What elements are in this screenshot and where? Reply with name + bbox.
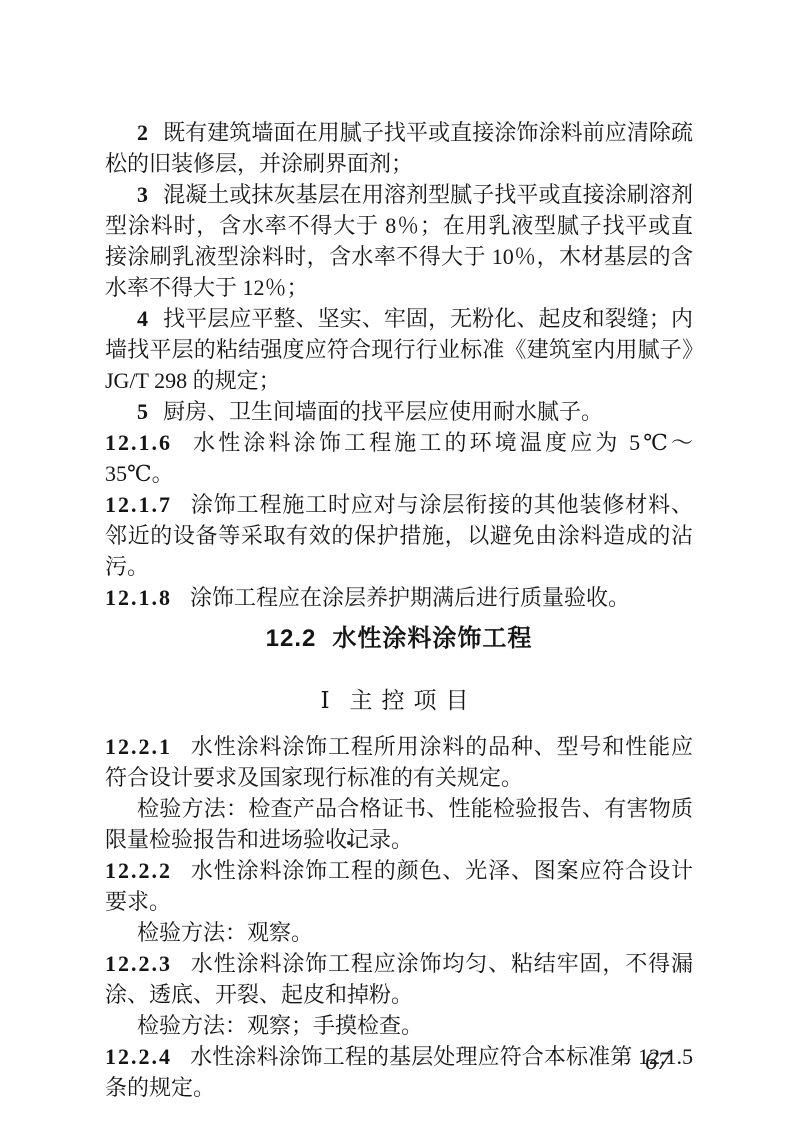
list-item-2-number: 2 bbox=[137, 120, 149, 145]
clause-12-1-8-number: 12.1.8 bbox=[105, 585, 172, 610]
list-item-3: 3混凝土或抹灰基层在用溶剂型腻子找平或直接涂刷溶剂型涂料时，含水率不得大于 8％… bbox=[105, 179, 693, 303]
clause-12-2-3-number: 12.2.3 bbox=[105, 951, 172, 976]
clause-12-1-6-text: 水性涂料涂饰工程施工的环境温度应为 5℃～35℃。 bbox=[105, 430, 693, 486]
clause-12-2-3-method: 检验方法：观察；手摸检查。 bbox=[105, 1010, 693, 1041]
list-item-4-number: 4 bbox=[137, 306, 149, 331]
clause-12-1-7: 12.1.7涂饰工程施工时应对与涂层衔接的其他装修材料、邻近的设备等采取有效的保… bbox=[105, 489, 693, 582]
clause-12-2-4-number: 12.2.4 bbox=[105, 1044, 172, 1069]
subsection-roman-numeral: Ⅰ bbox=[320, 688, 329, 713]
clause-12-2-2: 12.2.2水性涂料涂饰工程的颜色、光泽、图案应符合设计要求。 bbox=[105, 855, 693, 917]
subsection-heading-title: 主控项目 bbox=[350, 688, 478, 713]
list-item-4: 4找平层应平整、坚实、牢固，无粉化、起皮和裂缝；内墙找平层的粘结强度应符合现行行… bbox=[105, 303, 693, 396]
document-page: 2既有建筑墙面在用腻子找平或直接涂饰涂料前应清除疏松的旧装修层，并涂刷界面剂； … bbox=[0, 0, 794, 1123]
list-item-5-text: 厨房、卫生间墙面的找平层应使用耐水腻子。 bbox=[163, 399, 603, 424]
clause-12-1-8-text: 涂饰工程应在涂层养护期满后进行质量验收。 bbox=[190, 585, 630, 610]
clause-12-2-2-text: 水性涂料涂饰工程的颜色、光泽、图案应符合设计要求。 bbox=[105, 858, 693, 914]
clause-12-1-6: 12.1.6水性涂料涂饰工程施工的环境温度应为 5℃～35℃。 bbox=[105, 427, 693, 489]
clause-12-2-1-method: 检验方法：检查产品合格证书、性能检验报告、有害物质限量检验报告和进场验收记录。 bbox=[105, 793, 693, 855]
clause-12-2-2-method: 检验方法：观察。 bbox=[105, 917, 693, 948]
clause-12-2-1-number: 12.2.1 bbox=[105, 734, 172, 759]
ink-dot-artifact bbox=[347, 841, 351, 845]
clause-12-2-1: 12.2.1水性涂料涂饰工程所用涂料的品种、型号和性能应符合设计要求及国家现行标… bbox=[105, 731, 693, 793]
list-item-4-text: 找平层应平整、坚实、牢固，无粉化、起皮和裂缝；内墙找平层的粘结强度应符合现行行业… bbox=[105, 306, 693, 393]
clause-12-2-2-method-text: 检验方法：观察。 bbox=[137, 920, 313, 945]
clause-12-2-4-text: 水性涂料涂饰工程的基层处理应符合本标准第 12.1.5 条的规定。 bbox=[105, 1044, 693, 1100]
list-item-3-text: 混凝土或抹灰基层在用溶剂型腻子找平或直接涂刷溶剂型涂料时，含水率不得大于 8％；… bbox=[105, 182, 693, 300]
clause-12-2-4: 12.2.4水性涂料涂饰工程的基层处理应符合本标准第 12.1.5 条的规定。 bbox=[105, 1041, 693, 1103]
section-heading-title: 水性涂料涂饰工程 bbox=[332, 625, 532, 652]
list-item-2: 2既有建筑墙面在用腻子找平或直接涂饰涂料前应清除疏松的旧装修层，并涂刷界面剂； bbox=[105, 117, 693, 179]
clause-12-2-1-text: 水性涂料涂饰工程所用涂料的品种、型号和性能应符合设计要求及国家现行标准的有关规定… bbox=[105, 734, 693, 790]
document-body: 2既有建筑墙面在用腻子找平或直接涂饰涂料前应清除疏松的旧装修层，并涂刷界面剂； … bbox=[105, 117, 693, 1103]
section-heading: 12.2水性涂料涂饰工程 bbox=[105, 622, 693, 656]
clause-12-2-1-method-text: 检验方法：检查产品合格证书、性能检验报告、有害物质限量检验报告和进场验收记录。 bbox=[105, 796, 693, 852]
list-item-5-number: 5 bbox=[137, 399, 149, 424]
list-item-3-number: 3 bbox=[137, 182, 149, 207]
list-item-5: 5厨房、卫生间墙面的找平层应使用耐水腻子。 bbox=[105, 396, 693, 427]
clause-12-2-3-text: 水性涂料涂饰工程应涂饰均匀、粘结牢固，不得漏涂、透底、开裂、起皮和掉粉。 bbox=[105, 951, 693, 1007]
clause-12-1-7-text: 涂饰工程施工时应对与涂层衔接的其他装修材料、邻近的设备等采取有效的保护措施，以避… bbox=[105, 492, 693, 579]
clause-12-2-2-number: 12.2.2 bbox=[105, 858, 172, 883]
subsection-heading: Ⅰ主控项目 bbox=[105, 686, 693, 716]
clause-12-1-6-number: 12.1.6 bbox=[105, 430, 172, 455]
list-item-2-text: 既有建筑墙面在用腻子找平或直接涂饰涂料前应清除疏松的旧装修层，并涂刷界面剂； bbox=[105, 120, 693, 176]
page-number: 67 bbox=[645, 1048, 670, 1076]
clause-12-1-7-number: 12.1.7 bbox=[105, 492, 172, 517]
clause-12-1-8: 12.1.8涂饰工程应在涂层养护期满后进行质量验收。 bbox=[105, 582, 693, 613]
clause-12-2-3-method-text: 检验方法：观察；手摸检查。 bbox=[137, 1013, 423, 1038]
section-heading-number: 12.2 bbox=[266, 625, 317, 652]
clause-12-2-3: 12.2.3水性涂料涂饰工程应涂饰均匀、粘结牢固，不得漏涂、透底、开裂、起皮和掉… bbox=[105, 948, 693, 1010]
